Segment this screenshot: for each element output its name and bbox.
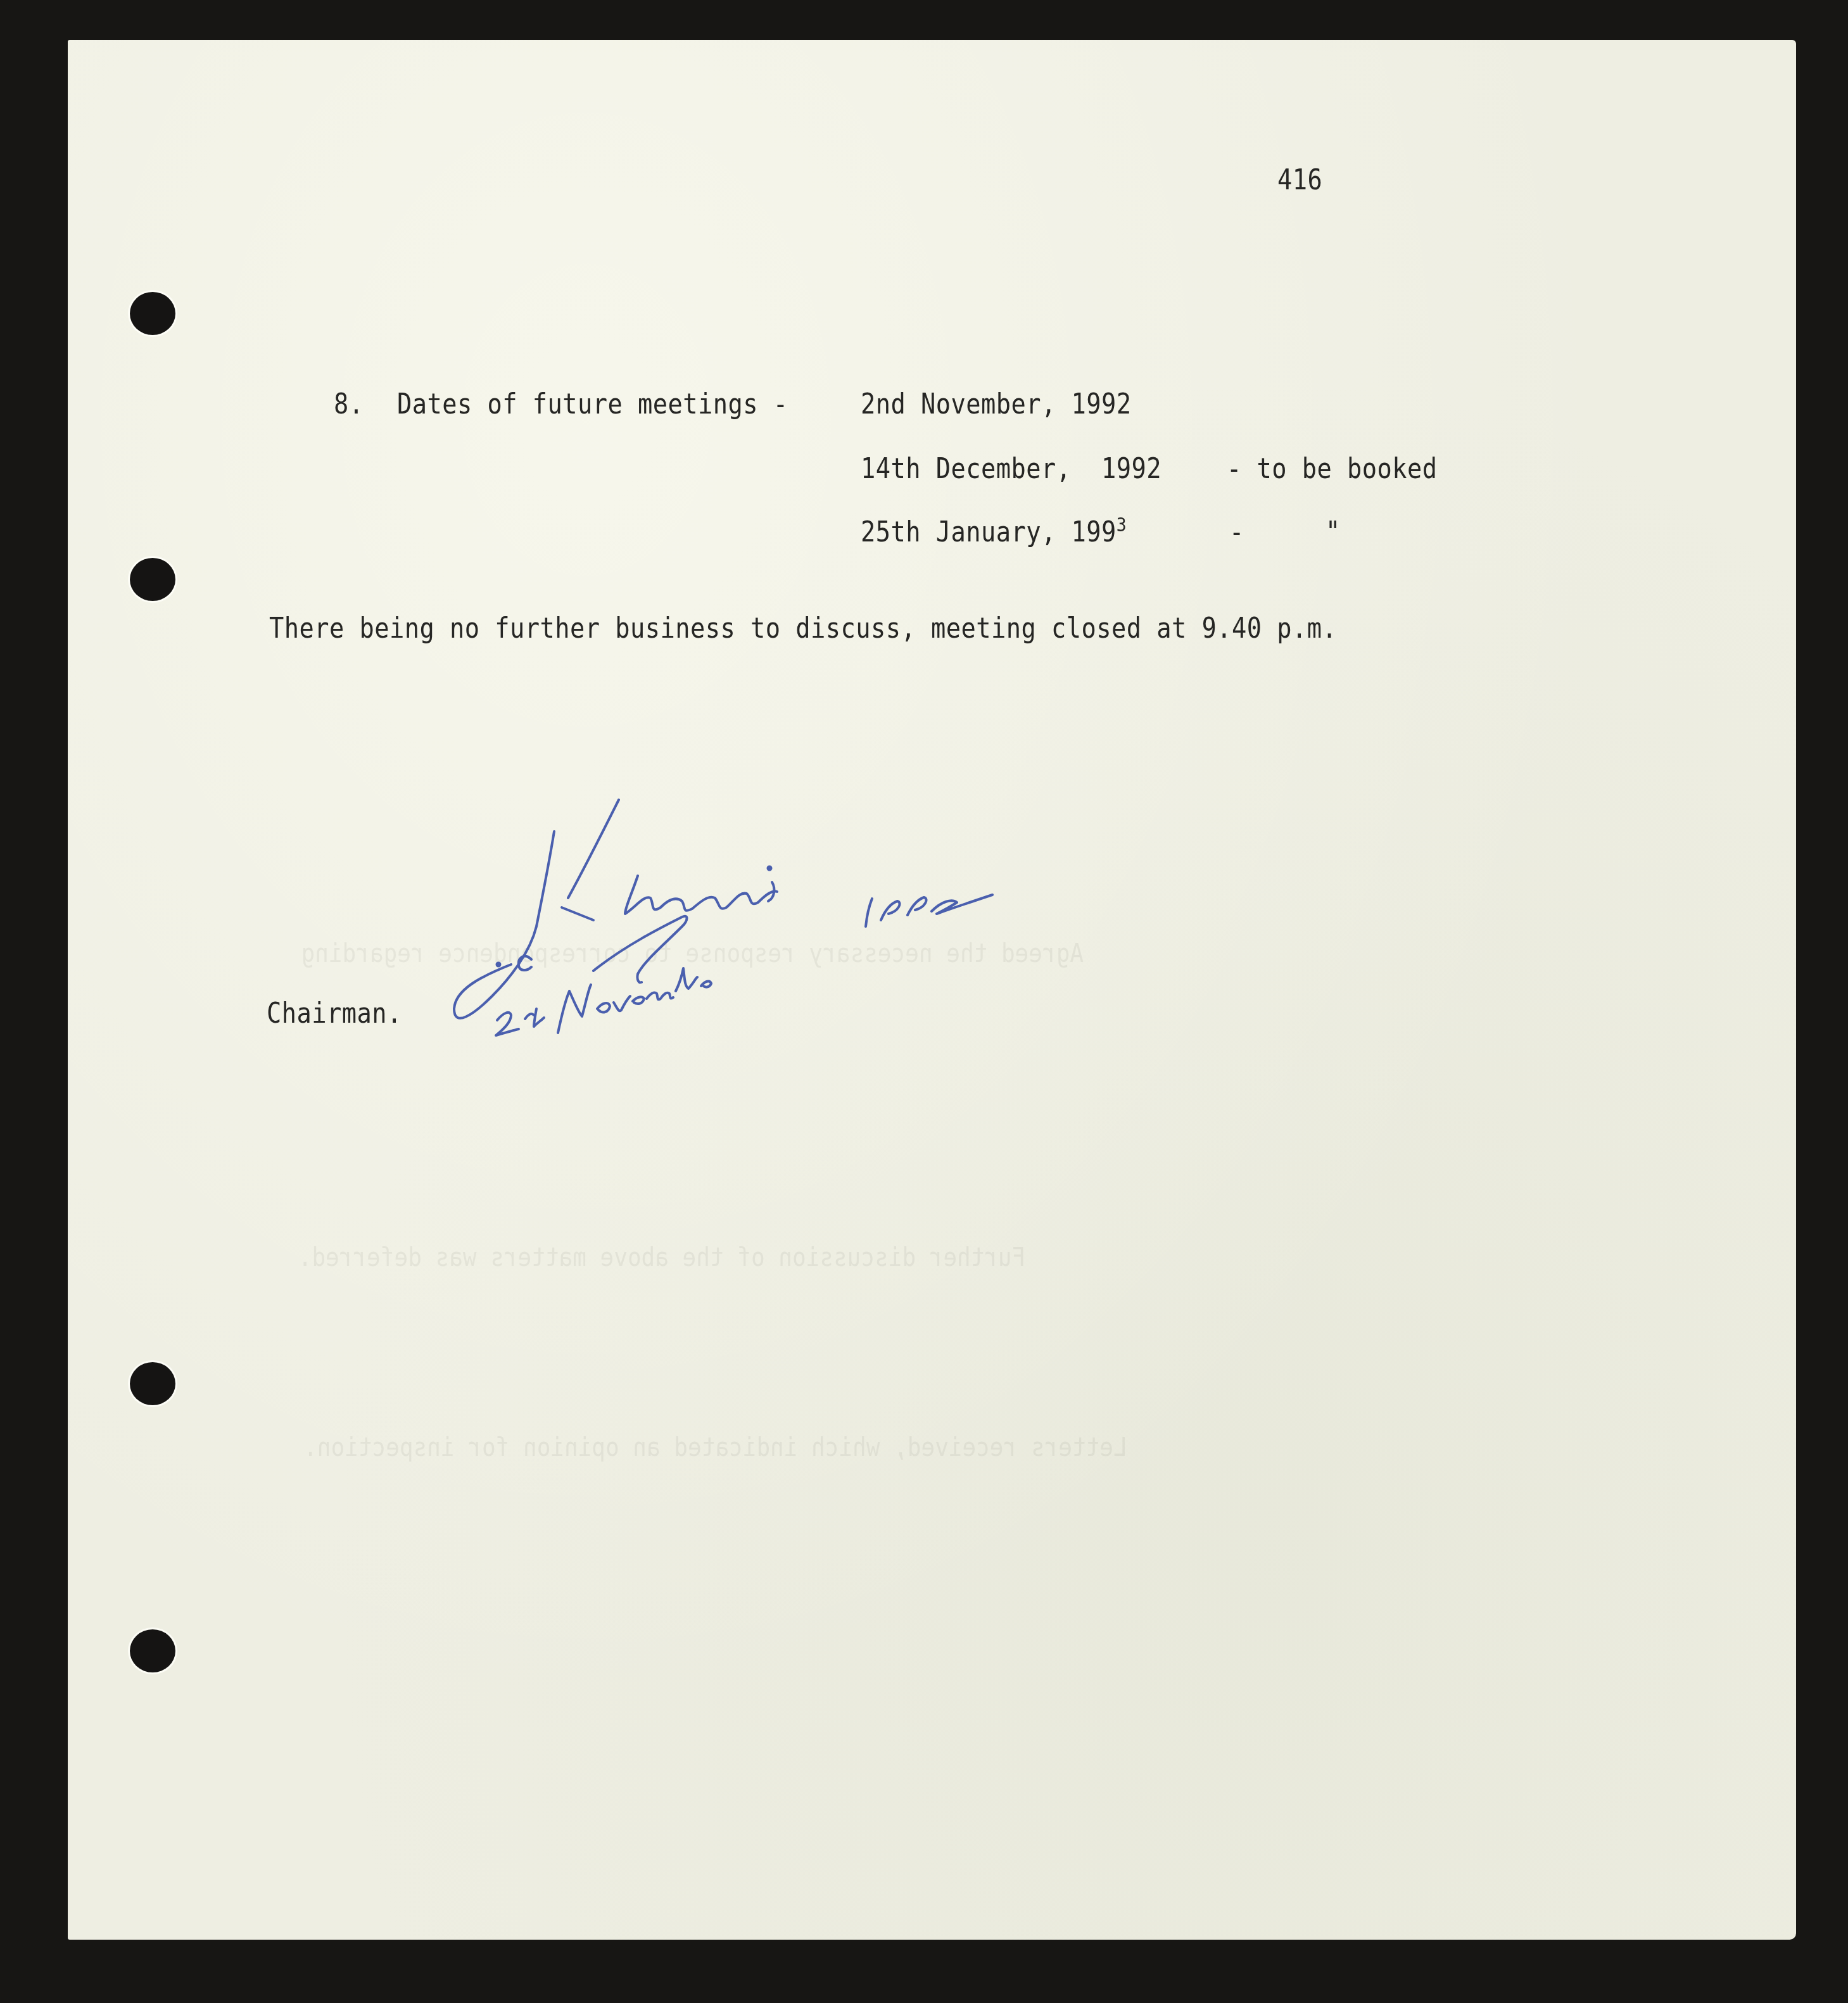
agenda-item-number: 8.: [334, 388, 364, 420]
document-page: Agreed the necessary response to corresp…: [68, 40, 1796, 1940]
signatory-label: Chairman.: [267, 997, 402, 1030]
meeting-date: 2nd November, 1992: [861, 388, 1132, 420]
punch-hole: [130, 292, 175, 335]
punch-hole: [130, 558, 175, 601]
punch-hole: [130, 1629, 175, 1672]
meeting-date: 14th December, 1992: [861, 453, 1161, 485]
show-through-text: Further discussion of the above matters …: [298, 1243, 1026, 1272]
punch-hole: [130, 1362, 175, 1405]
handwritten-signature: [384, 787, 1208, 1053]
meeting-date-main: 25th January, 199: [861, 516, 1117, 548]
page-number: 416: [1277, 164, 1322, 196]
ditto-mark: ": [1326, 516, 1341, 548]
meeting-date-note: - to be booked: [1227, 453, 1438, 485]
show-through-text: Letters received, which indicated an opi…: [303, 1433, 1127, 1462]
closing-statement: There being no further business to discu…: [269, 612, 1337, 645]
meeting-date-correction: 3: [1117, 514, 1127, 536]
meeting-date: 25th January, 1993: [861, 516, 1127, 548]
agenda-item-label: Dates of future meetings -: [397, 388, 788, 420]
meeting-date-note-dash: -: [1229, 516, 1244, 548]
